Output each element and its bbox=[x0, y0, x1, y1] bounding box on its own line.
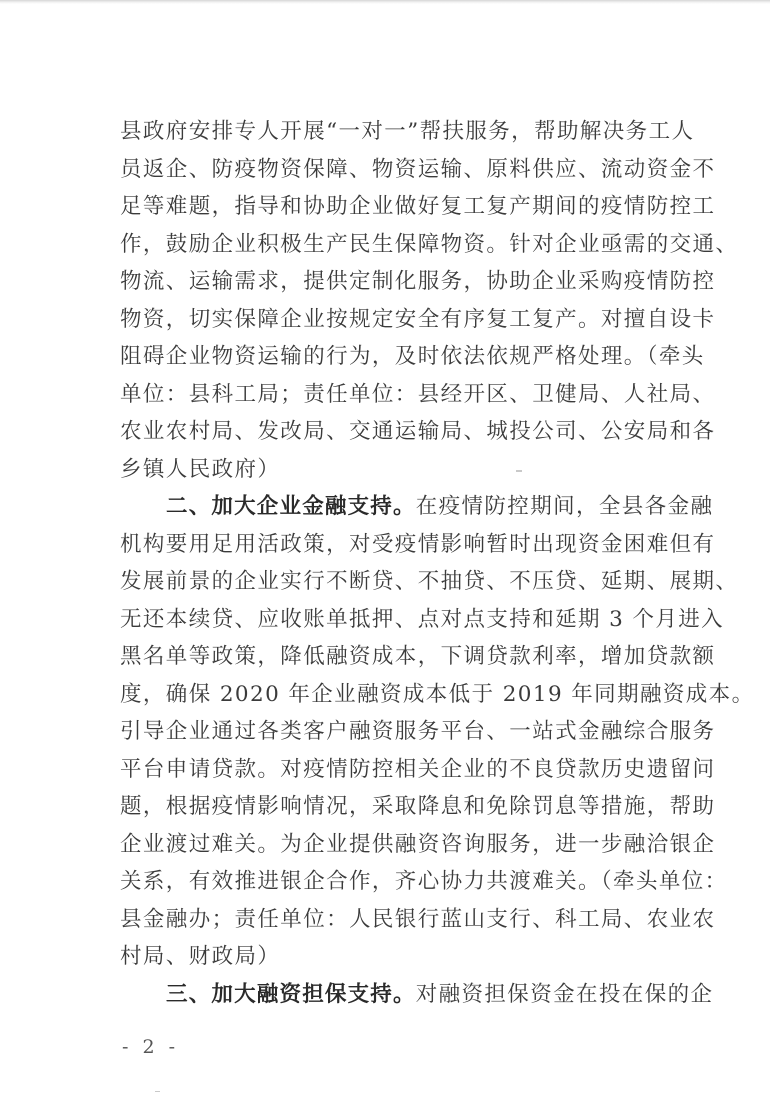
text-line: 员返企、防疫物资保障、物资运输、原料供应、流动资金不 bbox=[120, 157, 676, 195]
section-2-first-line-text: 在疫情防控期间，全县各金融 bbox=[416, 494, 714, 519]
section-3-heading: 三、加大融资担保支持。 bbox=[166, 982, 416, 1007]
text-line: 县政府安排专人开展“一对一”帮扶服务，帮助解决务工人 bbox=[120, 119, 676, 157]
document-body: 县政府安排专人开展“一对一”帮扶服务，帮助解决务工人 员返企、防疫物资保障、物资… bbox=[120, 119, 676, 1019]
scan-top-edge bbox=[0, 0, 770, 4]
section-2-heading: 二、加大企业金融支持。 bbox=[166, 494, 416, 519]
text-line: 引导企业通过各类客户融资服务平台、一站式金融综合服务 bbox=[120, 719, 676, 757]
text-line: 企业渡过难关。为企业提供融资咨询服务，进一步融洽银企 bbox=[120, 832, 676, 870]
section-3-first-line: 三、加大融资担保支持。对融资担保资金在投在保的企 bbox=[120, 982, 676, 1020]
section-3-first-line-text: 对融资担保资金在投在保的企 bbox=[416, 982, 714, 1007]
scan-speck bbox=[516, 470, 522, 472]
text-line: 题，根据疫情影响情况，采取降息和免除罚息等措施，帮助 bbox=[120, 794, 676, 832]
text-line: 村局、财政局） bbox=[120, 944, 676, 982]
page-number: - 2 - bbox=[122, 1036, 179, 1058]
text-line: 物流、运输需求，提供定制化服务，协助企业采购疫情防控 bbox=[120, 269, 676, 307]
text-line: 物资，切实保障企业按规定安全有序复工复产。对擅自设卡 bbox=[120, 307, 676, 345]
text-line: 乡镇人民政府） bbox=[120, 457, 676, 495]
section-2-first-line: 二、加大企业金融支持。在疫情防控期间，全县各金融 bbox=[120, 494, 676, 532]
document-page: 县政府安排专人开展“一对一”帮扶服务，帮助解决务工人 员返企、防疫物资保障、物资… bbox=[0, 0, 770, 1099]
scan-speck bbox=[155, 1091, 160, 1092]
text-line: 农业农村局、发改局、交通运输局、城投公司、公安局和各 bbox=[120, 419, 676, 457]
text-line: 阻碍企业物资运输的行为，及时依法依规严格处理。（牵头 bbox=[120, 344, 676, 382]
scan-speck bbox=[705, 281, 713, 282]
text-line: 作，鼓励企业积极生产民生保障物资。针对企业亟需的交通、 bbox=[120, 232, 676, 270]
text-line: 发展前景的企业实行不断贷、不抽贷、不压贷、延期、展期、 bbox=[120, 569, 676, 607]
text-line: 关系，有效推进银企合作，齐心协力共渡难关。（牵头单位： bbox=[120, 869, 676, 907]
text-line: 机构要用足用活政策，对受疫情影响暂时出现资金困难但有 bbox=[120, 532, 676, 570]
text-line: 无还本续贷、应收账单抵押、点对点支持和延期 3 个月进入 bbox=[120, 607, 676, 645]
text-line: 县金融办；责任单位：人民银行蓝山支行、科工局、农业农 bbox=[120, 907, 676, 945]
text-line: 度，确保 2020 年企业融资成本低于 2019 年同期融资成本。 bbox=[120, 682, 676, 720]
text-line: 黑名单等政策，降低融资成本，下调贷款利率，增加贷款额 bbox=[120, 644, 676, 682]
text-line: 单位：县科工局；责任单位：县经开区、卫健局、人社局、 bbox=[120, 382, 676, 420]
text-line: 足等难题，指导和协助企业做好复工复产期间的疫情防控工 bbox=[120, 194, 676, 232]
text-line: 平台申请贷款。对疫情防控相关企业的不良贷款历史遗留问 bbox=[120, 757, 676, 795]
